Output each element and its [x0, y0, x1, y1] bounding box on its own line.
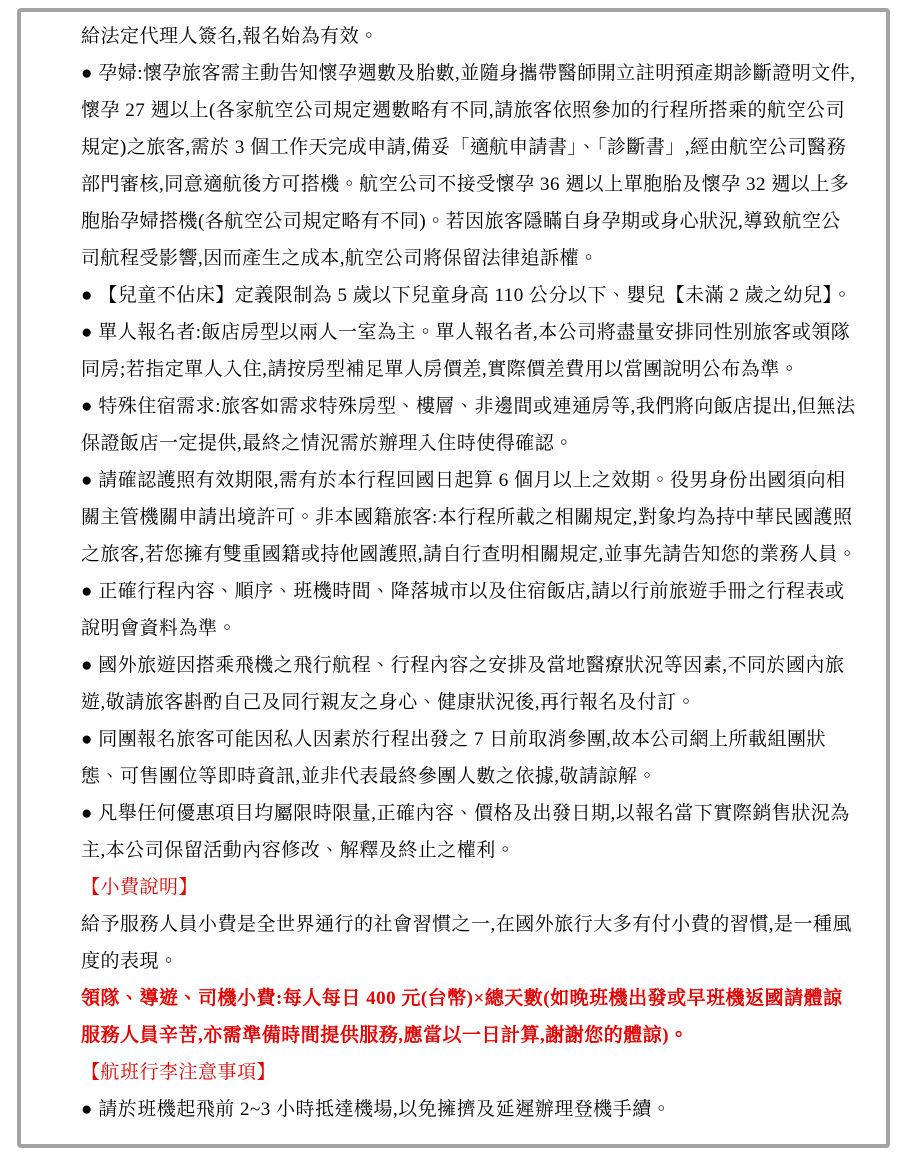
- notice-paragraph: 給予服務人員小費是全世界通行的社會習慣之一,在國外旅行大多有付小費的習慣,是一種…: [81, 906, 858, 980]
- section-heading: 【航班行李注意事項】: [81, 1054, 858, 1091]
- notice-paragraph: ● 正確行程內容、順序、班機時間、降落城市以及住宿飯店,請以行前旅遊手冊之行程表…: [81, 573, 858, 647]
- notice-paragraph: ● 【兒童不佔床】定義限制為 5 歲以下兒童身高 110 公分以下、嬰兒【未滿 …: [81, 277, 858, 314]
- notice-document-frame: 給法定代理人簽名,報名始為有效。● 孕婦:懷孕旅客需主動告知懷孕週數及胎數,並隨…: [17, 8, 890, 1148]
- tip-fee-highlight: 領隊、導遊、司機小費:每人每日 400 元(台幣)×總天數(如晚班機出發或早班機…: [81, 980, 858, 1054]
- notice-paragraph: ● 請於班機起飛前 2~3 小時抵達機場,以免擁擠及延遲辦理登機手續。: [81, 1091, 858, 1128]
- notice-paragraph: ● 孕婦:懷孕旅客需主動告知懷孕週數及胎數,並隨身攜帶醫師開立註明預產期診斷證明…: [81, 55, 858, 277]
- section-heading: 【小費說明】: [81, 869, 858, 906]
- notice-paragraph: ● 特殊住宿需求:旅客如需求特殊房型、樓層、非邊間或連通房等,我們將向飯店提出,…: [81, 388, 858, 462]
- notice-document-content: 給法定代理人簽名,報名始為有效。● 孕婦:懷孕旅客需主動告知懷孕週數及胎數,並隨…: [21, 12, 886, 1144]
- notice-paragraph: ● 單人報名者:飯店房型以兩人一室為主。單人報名者,本公司將盡量安排同性別旅客或…: [81, 314, 858, 388]
- notice-paragraph: ● 請確認護照有效期限,需有於本行程回國日起算 6 個月以上之效期。役男身份出國…: [81, 462, 858, 573]
- notice-paragraph: ● 凡舉任何優惠項目均屬限時限量,正確內容、價格及出發日期,以報名當下實際銷售狀…: [81, 795, 858, 869]
- notice-paragraph: 給法定代理人簽名,報名始為有效。: [81, 18, 858, 55]
- notice-paragraph: ● 國外旅遊因搭乘飛機之飛行航程、行程內容之安排及當地醫療狀況等因素,不同於國內…: [81, 647, 858, 721]
- notice-paragraph: ● 同團報名旅客可能因私人因素於行程出發之 7 日前取消參團,故本公司網上所載組…: [81, 721, 858, 795]
